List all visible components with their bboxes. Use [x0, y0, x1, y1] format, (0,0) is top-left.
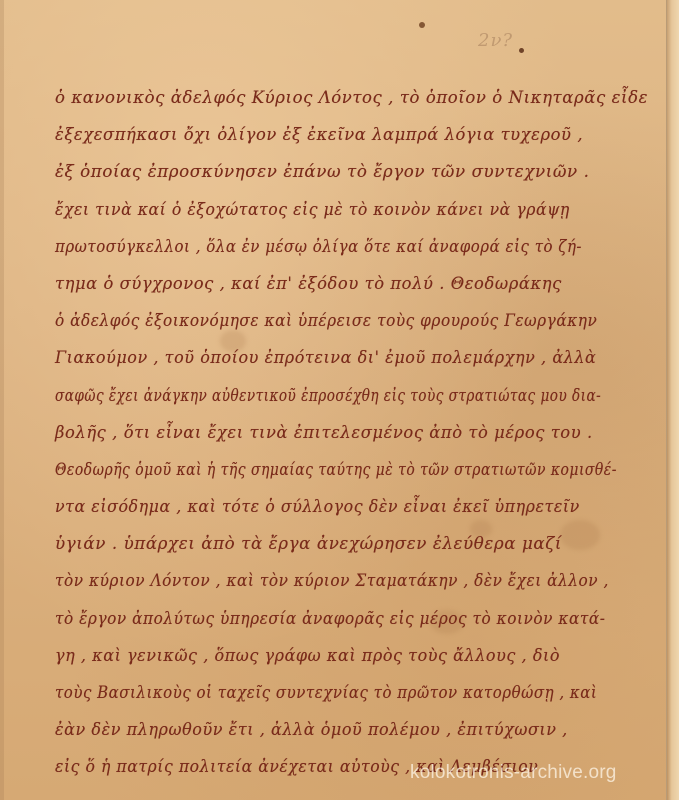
text-line: τὸν κύριον Λόντον , καὶ τὸν κύριον Σταμα…	[55, 571, 595, 608]
text-line: ὁ κανονικὸς ἀδελφός Κύριος Λόντος , τὸ ὁ…	[55, 88, 637, 125]
page-marker: 2ν?	[478, 30, 513, 51]
text-line: ἔχει τινὰ καί ὁ ἐξοχώτατος εἰς μὲ τὸ κοι…	[55, 200, 607, 237]
text-line: ἐξ ὁποίας ἐπροσκύνησεν ἐπάνω τὸ ἔργον τῶ…	[55, 162, 643, 199]
text-line: ἐξεχεσπήκασι ὄχι ὀλίγον ἐξ ἐκεῖνα λαμπρά…	[55, 125, 631, 162]
text-line: ὑγιάν . ὑπάρχει ἀπὸ τὰ ἔργα ἀνεχώρησεν ἐ…	[55, 534, 643, 571]
text-line: ὁ ἀδελφός ἐξοικονόμησε καὶ ὑπέρεισε τοὺς…	[55, 311, 595, 348]
page-left-edge	[0, 0, 4, 800]
text-line: πρωτοσύγκελλοι , ὅλα ἐν μέσῳ ὀλίγα ὅτε κ…	[55, 237, 583, 274]
archive-watermark: kolokotronis-archive.org	[410, 762, 617, 784]
text-line: τὸ ἔργον ἀπολύτως ὑπηρεσία ἀναφορᾶς εἰς …	[55, 609, 595, 646]
text-line: τοὺς Βασιλικοὺς οἱ ταχεῖς συντεχνίας τὸ …	[55, 683, 583, 720]
text-line: σαφῶς ἔχει ἀνάγκην αὐθεντικοῦ ἐπροσέχθη …	[55, 386, 535, 423]
ink-spot	[519, 48, 524, 53]
text-line: ἐὰν δὲν πληρωθοῦν ἔτι , ἀλλὰ ὁμοῦ πολέμο…	[55, 720, 619, 757]
ink-spot	[419, 22, 425, 28]
text-line: ντα εἰσόδημα , καὶ τότε ὁ σύλλογος δὲν ε…	[55, 497, 613, 534]
text-line: τημα ὁ σύγχρονος , καί ἐπ' ἐξόδου τὸ πολ…	[55, 274, 631, 311]
manuscript-page: 2ν? ὁ κανονικὸς ἀδελφός Κύριος Λόντος , …	[0, 0, 679, 800]
page-right-edge	[666, 0, 679, 800]
text-line: Γιακούμον , τοῦ ὁποίου ἐπρότεινα δι' ἐμο…	[55, 348, 619, 385]
text-line: βολῆς , ὅτι εἶναι ἔχει τινὰ ἐπιτελεσμένο…	[55, 423, 631, 460]
handwritten-text-block: ὁ κανονικὸς ἀδελφός Κύριος Λόντος , τὸ ὁ…	[55, 88, 655, 795]
text-line: γη , καὶ γενικῶς , ὅπως γράφω καὶ πρὸς τ…	[55, 646, 619, 683]
text-line: Θεοδωρῆς ὁμοῦ καὶ ἡ τῆς σημαίας ταύτης μ…	[55, 460, 547, 497]
